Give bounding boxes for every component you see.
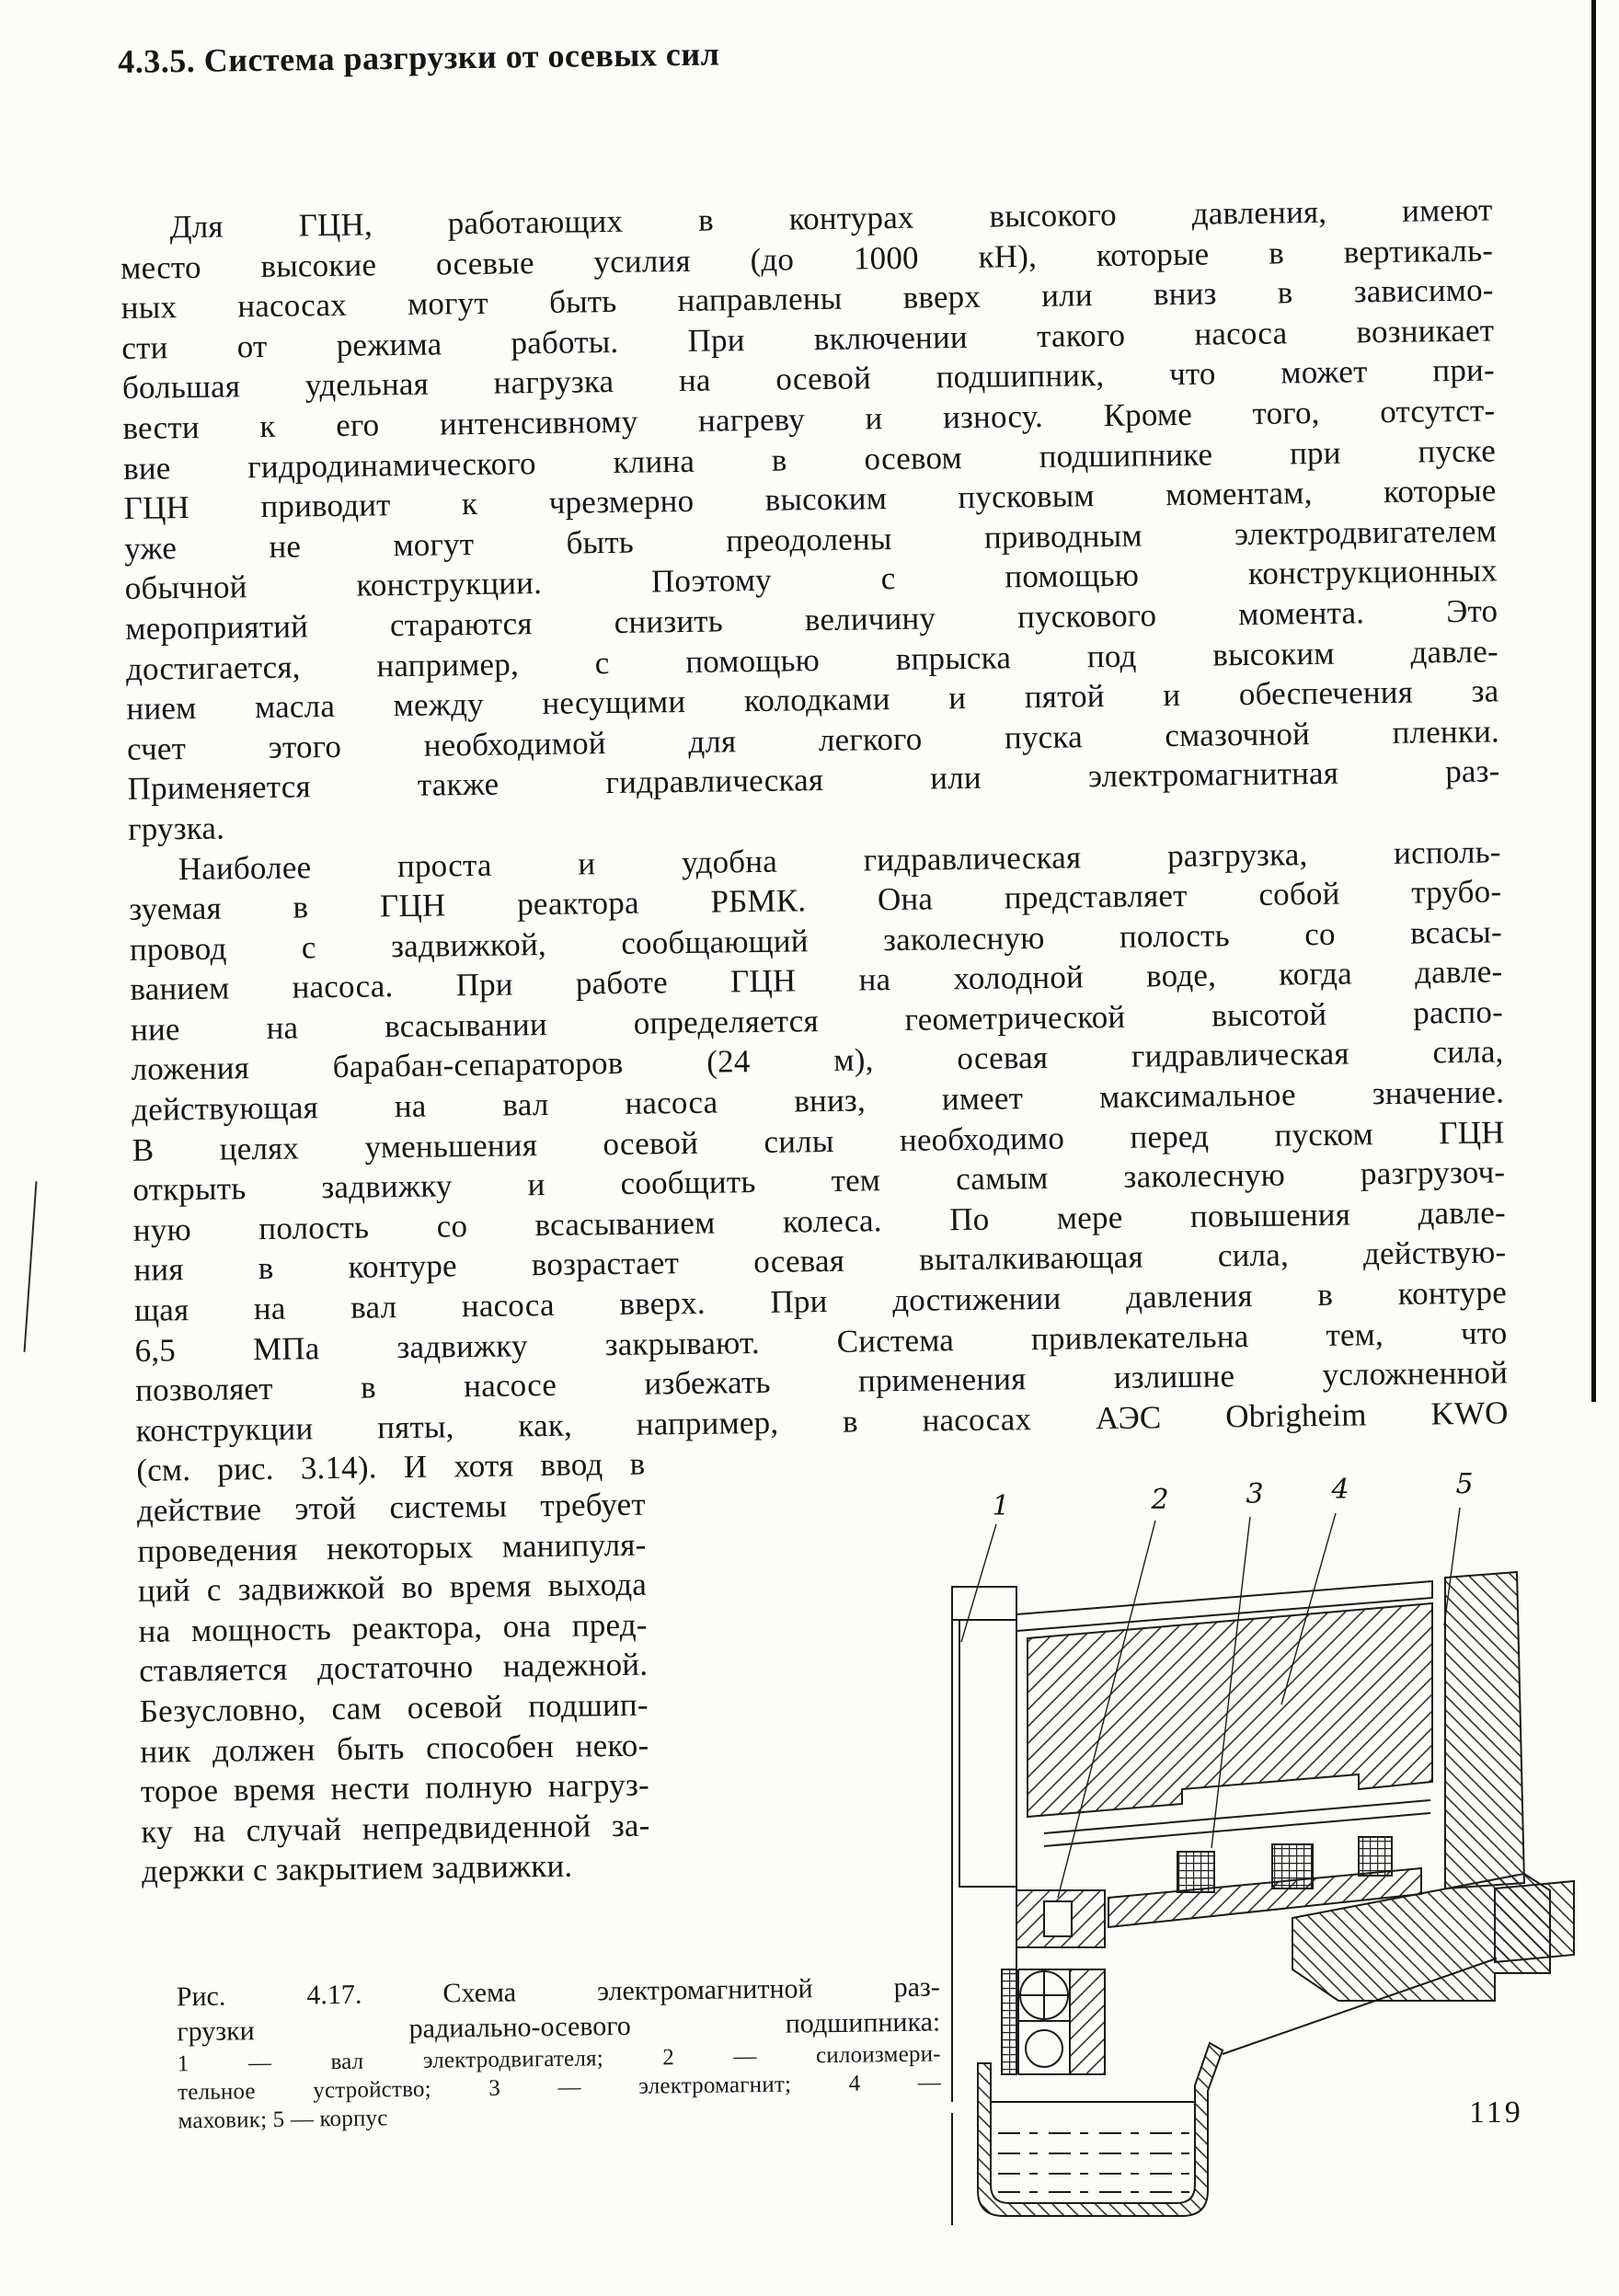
paragraph-2-narrow-column: (см. рис. 3.14). И хотя ввод вдействие э… (136, 1444, 650, 1852)
corpus-upper-wall (1445, 1572, 1524, 1888)
oil-level-dashes (998, 2133, 1189, 2192)
page-edge-rule (1591, 0, 1596, 1402)
book-page: 4.3.5. Система разгрузки от осевых сил Д… (0, 0, 1619, 2296)
callout-1: 1 (992, 1490, 1009, 1522)
shaft-cap (952, 1587, 1016, 1620)
text-line: ник должен быть способен неко- (140, 1725, 649, 1772)
magnet-coil (1359, 1837, 1392, 1876)
figure-caption: Рис. 4.17. Схема электромагнитной раз- г… (177, 1969, 942, 2135)
motor-shaft (959, 1620, 1016, 1887)
outer-race-strip (1070, 1969, 1105, 2074)
callout-2: 2 (1150, 1484, 1168, 1516)
corpus-foot (1495, 1881, 1574, 1962)
flywheel-section (1028, 1603, 1432, 1817)
bearing-ball (1026, 2030, 1062, 2067)
magnet-coil (1177, 1852, 1214, 1892)
text-line: действие этой системы требует (137, 1485, 647, 1532)
force-measuring-device (1044, 1901, 1072, 1936)
paragraph-1: Для ГЦН, работающих в контурах высокого … (120, 189, 1499, 809)
callout-4: 4 (1330, 1474, 1349, 1506)
text-line: ку на случай непредвиденной за- (141, 1805, 650, 1852)
text-line: (см. рис. 3.14). И хотя ввод в (136, 1444, 646, 1491)
text-line: на мощность реактора, она пред- (138, 1604, 648, 1651)
page-number: 119 (1469, 2095, 1523, 2130)
paragraph-2-wide: Наиболее проста и удобна гидравлическая … (128, 832, 1508, 1451)
text-line: проведения некоторых манипуля- (137, 1524, 647, 1571)
text-line: ций с задвижкой во время выхода (138, 1565, 648, 1612)
scan-stray-mark (24, 1181, 38, 1352)
inner-race-strip (1002, 1969, 1016, 2074)
callout-3: 3 (1246, 1478, 1263, 1510)
text-line: торое время нести полную нагруз- (141, 1765, 650, 1812)
paragraph-2-narrow-last-line: держки с закрытием задвижки. (142, 1845, 651, 1892)
text-line: Безусловно, сам осевой подшип- (139, 1685, 649, 1732)
callout-5: 5 (1455, 1468, 1473, 1500)
section-heading: 4.3.5. Система разгрузки от осевых сил (118, 24, 1490, 81)
text-line: ставляется достаточно надежной. (139, 1645, 649, 1692)
